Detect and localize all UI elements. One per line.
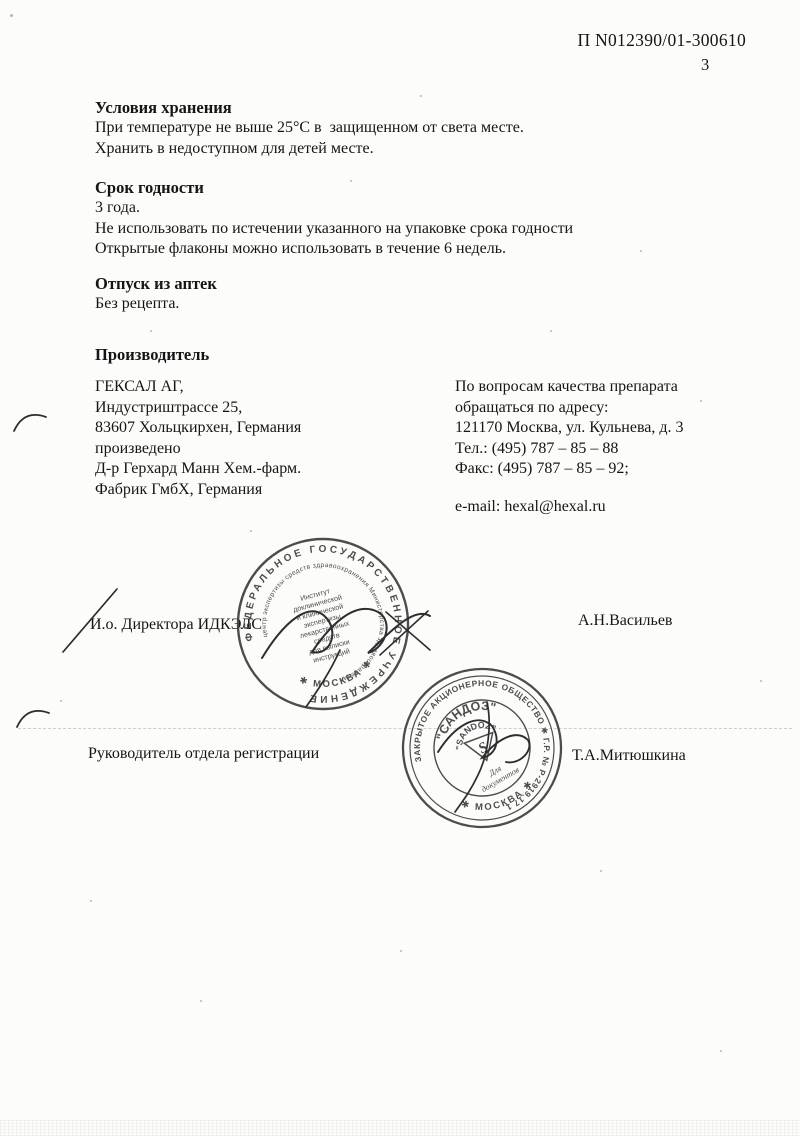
section-shelf-life-title: Срок годности <box>95 177 573 198</box>
section-manufacturer-title: Производитель <box>95 344 209 365</box>
scanned-document-page: { "page": { "reg_number": "П N012390/01-… <box>0 0 800 1136</box>
pen-tick-mark <box>17 711 49 727</box>
scan-speck <box>60 700 62 702</box>
section-shelf-life-line: Открытые флаконы можно использовать в те… <box>95 239 573 260</box>
scan-noise-strip <box>0 1120 800 1136</box>
scan-speck <box>640 250 642 252</box>
manufacturer-address-line: Фабрик ГмбХ, Германия <box>95 480 301 501</box>
quality-contact-line: Факс: (495) 787 – 85 – 92; <box>455 459 684 480</box>
scan-speck <box>350 180 352 182</box>
scan-speck <box>200 1000 202 1002</box>
pen-tick-mark <box>14 415 46 431</box>
scan-speck <box>90 900 92 902</box>
manufacturer-address-line: Индустриштрассе 25, <box>95 398 301 419</box>
quality-contact-line: По вопросам качества препарата <box>455 377 684 398</box>
signature-name-vasiliev: А.Н.Васильев <box>578 612 672 630</box>
manufacturer-address: ГЕКСАЛ АГ, Индустриштрассе 25, 83607 Хол… <box>95 377 301 500</box>
quality-contact-line: обращаться по адресу: <box>455 398 684 419</box>
quality-contact-line: 121170 Москва, ул. Кульнева, д. 3 <box>455 418 684 439</box>
section-storage-line: Хранить в недоступном для детей месте. <box>95 139 524 160</box>
manufacturer-address-line: 83607 Хольцкирхен, Германия <box>95 418 301 439</box>
section-dispensing-title: Отпуск из аптек <box>95 273 217 294</box>
scan-speck <box>700 400 702 402</box>
section-storage: Условия хранения При температуре не выше… <box>95 97 524 159</box>
section-storage-line: При температуре не выше 25°С в защищенно… <box>95 118 524 139</box>
section-dispensing: Отпуск из аптек Без рецепта. <box>95 273 217 315</box>
registration-number: П N012390/01-300610 <box>577 30 746 51</box>
section-storage-title: Условия хранения <box>95 97 524 118</box>
quality-contact-line: Тел.: (495) 787 – 85 – 88 <box>455 439 684 460</box>
page-number: 3 <box>701 55 709 75</box>
manufacturer-address-line: Д-р Герхард Манн Хем.-фарм. <box>95 459 301 480</box>
signature-name-mityushkina: Т.А.Митюшкина <box>572 747 686 765</box>
quality-contact-email: e-mail: hexal@hexal.ru <box>455 497 606 518</box>
section-dispensing-line: Без рецепта. <box>95 294 217 315</box>
quality-contact: По вопросам качества препарата обращатьс… <box>455 377 684 480</box>
scan-speck <box>150 330 152 332</box>
signature-role-registration-head: Руководитель отдела регистрации <box>88 745 319 763</box>
scan-speck <box>600 870 602 872</box>
scan-speck <box>550 330 552 332</box>
scan-speck <box>760 680 762 682</box>
section-shelf-life-line: Не использовать по истечении указанного … <box>95 219 573 240</box>
manufacturer-address-line: произведено <box>95 439 301 460</box>
manufacturer-address-line: ГЕКСАЛ АГ, <box>95 377 301 398</box>
section-shelf-life-line: 3 года. <box>95 198 573 219</box>
scan-speck <box>10 14 13 17</box>
official-round-stamp-sandoz: ЗАКРЫТОЕ АКЦИОНЕРНОЕ ОБЩЕСТВО ✱ Г.Р. № Р… <box>387 653 577 843</box>
scan-speck <box>720 1050 722 1052</box>
scan-speck <box>250 530 252 532</box>
section-shelf-life: Срок годности 3 года. Не использовать по… <box>95 177 573 260</box>
scan-speck <box>420 95 422 97</box>
scan-speck <box>400 950 402 952</box>
